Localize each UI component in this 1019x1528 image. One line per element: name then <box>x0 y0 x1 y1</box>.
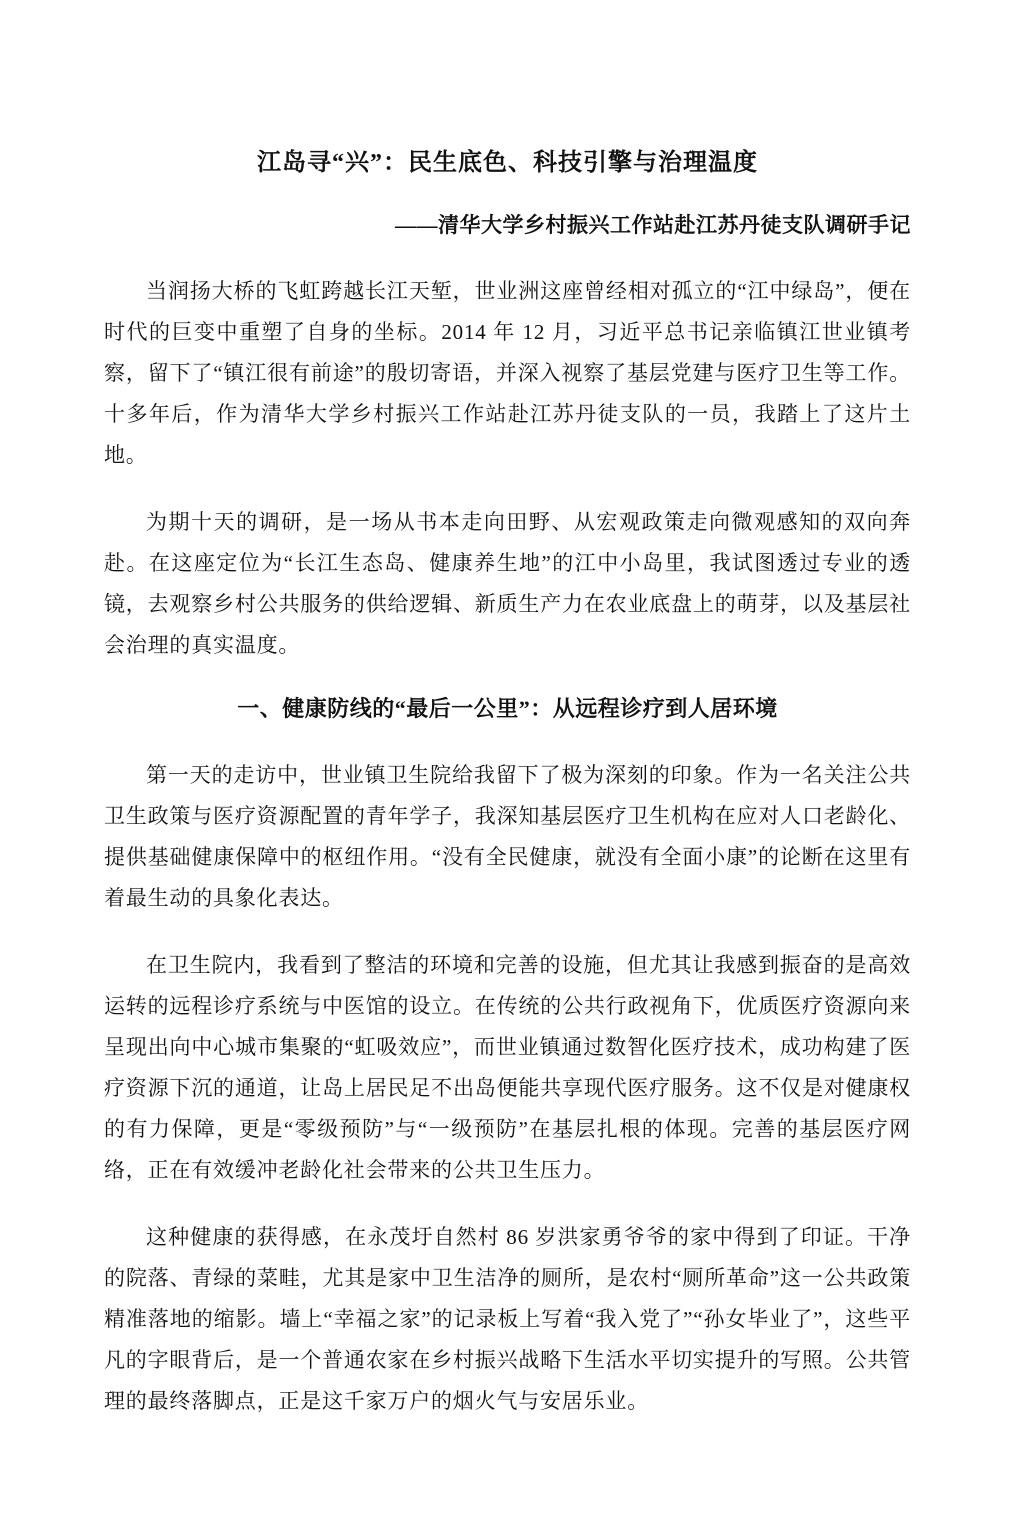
section-heading-health: 一、健康防线的“最后一公里”：从远程诊疗到人居环境 <box>104 688 911 729</box>
document-title: 江岛寻“兴”：民生底色、科技引擎与治理温度 <box>104 143 911 183</box>
paragraph-intro-bridge: 当润扬大桥的飞虹跨越长江天堑，世业洲这座曾经相对孤立的“江中绿岛”，便在时代的巨… <box>104 271 911 476</box>
paragraph-village-home: 这种健康的获得感，在永茂圩自然村 86 岁洪家勇爷爷的家中得到了印证。干净的院落… <box>104 1217 911 1422</box>
document-page: 江岛寻“兴”：民生底色、科技引擎与治理温度 ——清华大学乡村振兴工作站赴江苏丹徒… <box>0 0 1019 1528</box>
paragraph-clinic-visit: 第一天的走访中，世业镇卫生院给我留下了极为深刻的印象。作为一名关注公共卫生政策与… <box>104 755 911 919</box>
paragraph-telemedicine: 在卫生院内，我看到了整洁的环境和完善的设施，但尤其让我感到振奋的是高效运转的远程… <box>104 945 911 1191</box>
document-subtitle: ——清华大学乡村振兴工作站赴江苏丹徒支队调研手记 <box>104 205 911 245</box>
paragraph-survey-purpose: 为期十天的调研，是一场从书本走向田野、从宏观政策走向微观感知的双向奔赴。在这座定… <box>104 502 911 666</box>
